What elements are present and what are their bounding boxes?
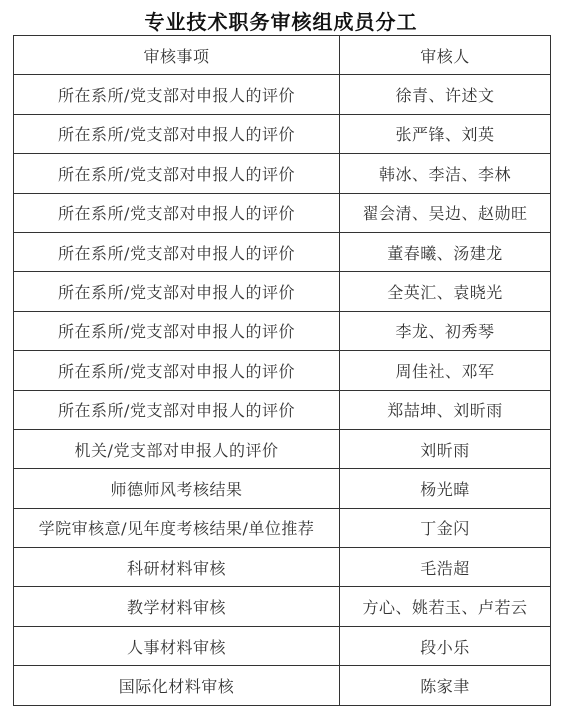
review-item-cell: 所在系所/党支部对申报人的评价 <box>14 193 340 232</box>
review-item-cell: 人事材料审核 <box>14 626 340 665</box>
table-row: 科研材料审核毛浩超 <box>14 548 551 587</box>
reviewer-cell: 徐青、许述文 <box>340 75 551 114</box>
table-row: 所在系所/党支部对申报人的评价全英汇、袁晓光 <box>14 272 551 311</box>
review-item-cell: 教学材料审核 <box>14 587 340 626</box>
table-header-row: 审核事项 审核人 <box>14 36 551 75</box>
review-item-cell: 国际化材料审核 <box>14 666 340 705</box>
document-title: 专业技术职务审核组成员分工 <box>0 6 562 35</box>
table-row: 所在系所/党支部对申报人的评价韩冰、李洁、李林 <box>14 154 551 193</box>
reviewer-cell: 丁金闪 <box>340 508 551 547</box>
review-item-cell: 所在系所/党支部对申报人的评价 <box>14 272 340 311</box>
review-item-cell: 科研材料审核 <box>14 548 340 587</box>
reviewer-cell: 全英汇、袁晓光 <box>340 272 551 311</box>
review-item-cell: 所在系所/党支部对申报人的评价 <box>14 114 340 153</box>
review-item-cell: 所在系所/党支部对申报人的评价 <box>14 390 340 429</box>
table-row: 所在系所/党支部对申报人的评价周佳社、邓军 <box>14 351 551 390</box>
review-item-cell: 学院审核意/见年度考核结果/单位推荐 <box>14 508 340 547</box>
reviewer-cell: 韩冰、李洁、李林 <box>340 154 551 193</box>
table-row: 所在系所/党支部对申报人的评价董春曦、汤建龙 <box>14 232 551 271</box>
reviewer-cell: 翟会清、吴边、赵勋旺 <box>340 193 551 232</box>
table-row: 所在系所/党支部对申报人的评价张严锋、刘英 <box>14 114 551 153</box>
review-item-cell: 所在系所/党支部对申报人的评价 <box>14 311 340 350</box>
review-item-cell: 机关/党支部对申报人的评价 <box>14 429 340 468</box>
reviewer-cell: 郑喆坤、刘昕雨 <box>340 390 551 429</box>
table-row: 国际化材料审核陈家聿 <box>14 666 551 705</box>
review-item-cell: 所在系所/党支部对申报人的评价 <box>14 232 340 271</box>
reviewer-cell: 周佳社、邓军 <box>340 351 551 390</box>
reviewer-cell: 杨光暐 <box>340 469 551 508</box>
reviewer-cell: 李龙、初秀琴 <box>340 311 551 350</box>
review-item-cell: 所在系所/党支部对申报人的评价 <box>14 351 340 390</box>
header-review-item: 审核事项 <box>14 36 340 75</box>
review-item-cell: 所在系所/党支部对申报人的评价 <box>14 154 340 193</box>
table-row: 所在系所/党支部对申报人的评价李龙、初秀琴 <box>14 311 551 350</box>
table-row: 学院审核意/见年度考核结果/单位推荐丁金闪 <box>14 508 551 547</box>
review-item-cell: 所在系所/党支部对申报人的评价 <box>14 75 340 114</box>
table-row: 所在系所/党支部对申报人的评价翟会清、吴边、赵勋旺 <box>14 193 551 232</box>
table-row: 机关/党支部对申报人的评价刘昕雨 <box>14 429 551 468</box>
reviewer-cell: 段小乐 <box>340 626 551 665</box>
reviewer-cell: 张严锋、刘英 <box>340 114 551 153</box>
table-row: 教学材料审核方心、姚若玉、卢若云 <box>14 587 551 626</box>
header-reviewer: 审核人 <box>340 36 551 75</box>
review-item-cell: 师德师风考核结果 <box>14 469 340 508</box>
reviewer-cell: 陈家聿 <box>340 666 551 705</box>
reviewer-cell: 董春曦、汤建龙 <box>340 232 551 271</box>
reviewer-cell: 方心、姚若玉、卢若云 <box>340 587 551 626</box>
reviewer-cell: 毛浩超 <box>340 548 551 587</box>
table-row: 所在系所/党支部对申报人的评价徐青、许述文 <box>14 75 551 114</box>
table-row: 人事材料审核段小乐 <box>14 626 551 665</box>
table-row: 所在系所/党支部对申报人的评价郑喆坤、刘昕雨 <box>14 390 551 429</box>
reviewer-cell: 刘昕雨 <box>340 429 551 468</box>
reviewer-assignment-table: 审核事项 审核人 所在系所/党支部对申报人的评价徐青、许述文 所在系所/党支部对… <box>13 35 551 706</box>
table-row: 师德师风考核结果杨光暐 <box>14 469 551 508</box>
